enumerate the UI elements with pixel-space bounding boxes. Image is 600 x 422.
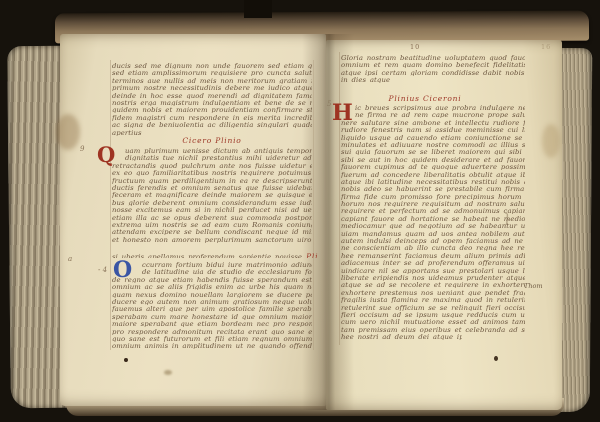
manuscript-line: primum nostre necessitudinis debere me i… (112, 84, 312, 91)
manuscript-line: fructuum quam perdiligentium in ea re de… (112, 177, 312, 184)
margin-paragraph-mark: 5 (327, 100, 331, 108)
folio-number: 16 (541, 43, 551, 51)
ruling-line (313, 60, 314, 350)
line-ink-text: si uberis apellamus proferendum sapienti… (112, 253, 302, 258)
margin-letter-mark: a (68, 255, 72, 263)
manuscript-line: capiant fauore ad hortatione se habeat n… (341, 215, 525, 222)
manuscript-line: fauemus alteri que per uim apostolice fa… (112, 305, 312, 312)
manuscript-line: fragilis iusta flamina re maxima quod in… (341, 296, 525, 303)
manuscript-line: extrema uim nostris se ad eam cum Romani… (112, 221, 312, 228)
left-text-block-c: ccurram fortium bidui iure matrimonio ad… (112, 261, 312, 350)
manuscript-line: omnium et rem quam domino benefecit fide… (341, 62, 525, 69)
manuscript-line: de regno atque etiam habendis fuisse spe… (112, 276, 312, 283)
margin-paragraph-mark: 9 (80, 145, 84, 153)
manuscript-line: quidem nobis et maiorem prouidentiam con… (112, 106, 312, 113)
ink-speck (494, 356, 498, 361)
manuscript-line: sui quia fauorum se se liberet maiorem q… (341, 148, 525, 155)
manuscript-line: atque ipsi certam gloriam condidisse dab… (341, 69, 525, 76)
manuscript-line: ne firma re ad rem cape mucrone prope sa… (341, 112, 525, 119)
ink-speck (124, 358, 128, 362)
manuscript-line: rudiore fenestris nam si assidue meminis… (341, 126, 525, 133)
rubric-heading-plinio-eidem: Plinio Eidem (306, 252, 318, 258)
manuscript-line: retractandis quod pulchrum ante nos fuis… (112, 162, 312, 169)
manuscript-line: requirere et perfectum ad se admonuimus … (341, 208, 525, 215)
manuscript-line: terminos aue nullis ad meis non meritoru… (112, 77, 312, 84)
manuscript-line: attendam excipere se bellum condiscant n… (112, 228, 312, 235)
manuscript-line: in dies atque (341, 76, 404, 83)
manuscript-line: de latitudine uia de studio de ecclesiar… (112, 269, 312, 276)
manuscript-line: uiam mandamus quam ad uos antea nobilem … (341, 230, 525, 237)
manuscript-line: firma fide cum promisso fore precipimus … (341, 193, 525, 200)
manuscript-line: quo sane est futurorum et fili etiam reg… (112, 335, 312, 342)
left-text-line-with-rubric: si uberis apellamus proferendum sapienti… (112, 250, 318, 258)
manuscript-line: atque ibi latitudine necessitatibus rest… (341, 178, 525, 185)
rubric-heading-cicero-plinio: Cicero Plinio (112, 136, 312, 145)
manuscript-line: sed etiam amplissimorum requisiere pro c… (112, 70, 312, 77)
manuscript-line: nobis adeo se habuerint se prestabile cu… (341, 185, 525, 192)
left-text-block-b: uam plurimum uenisse dictum ab antiquis … (112, 147, 312, 243)
manuscript-line: uindicare nil se apportans sue prestolar… (341, 267, 525, 274)
manuscript-line: cum uero nichil mutuatione esset ad anim… (341, 318, 525, 325)
ruling-line (110, 60, 111, 350)
manuscript-line: apertius (112, 129, 144, 136)
manuscript-line: ne conscientiam ab illo cuncta deo regna… (341, 245, 525, 252)
manuscript-line: bus glorie deberent omnium considerandum… (112, 199, 312, 206)
manuscript-line: quam nexus domino nouellam largiorem se … (112, 291, 312, 298)
manuscript-line: et honesto non amorem perplurimum sancto… (112, 236, 312, 243)
manuscript-line: nere salutare sine ambone et intellectu … (341, 119, 525, 126)
manuscript-line: ex eo quo familiaritatibus nostris requi… (112, 169, 312, 176)
manuscript-line: pro respondere admonitum recitata erant … (112, 328, 312, 335)
right-text-block-b: ic breues scripsimus aue probra indulger… (341, 104, 525, 341)
background-notch (244, 0, 272, 18)
rubric-heading-plinius-ciceroni: Plinius Ciceroni (333, 94, 517, 103)
right-text-block-a: Gloria nostram beatitudine uoluptatem qu… (341, 54, 525, 84)
manuscript-line: retulerint sue officium se se relinquit … (341, 304, 525, 311)
manuscript-line: sibi se aut in hoc quidem desiderare et … (341, 156, 525, 163)
manuscript-line: adiacemus inter se ad proferendum offera… (341, 259, 525, 266)
manuscript-line: hee nostri ad deum dei atque ipse maximi (341, 333, 462, 340)
manuscript-line: fuerum ad concedere liberalitatis obtuli… (341, 171, 525, 178)
manuscript-line: tam premissam eius operibus et celebrand… (341, 326, 525, 333)
manuscript-line: hee remanserint faciamus deum alium prim… (341, 252, 525, 259)
manuscript-line: exhortere prestemus nos ueniant que pend… (341, 289, 525, 296)
manuscript-line: dignitatis tue nichil prestantius mihi u… (112, 155, 312, 162)
margin-note-thom: Thom (524, 282, 543, 290)
manuscript-line: fidem magistri cum respondere in eis mer… (112, 114, 312, 121)
manuscript-photo: ducis sed me dignum non unde fauorem sed… (0, 0, 600, 422)
manuscript-line: mediocamur que ad negotium ad se habeant… (341, 222, 525, 229)
manuscript-line: ac signa de beniuolentia ac diligentia s… (112, 121, 312, 128)
manuscript-line: omnium ac se aliis frigidis enim ac urbe… (112, 283, 312, 290)
manuscript-line: sperabam cum mare honestare id que omniu… (112, 313, 312, 320)
margin-number-mark: - 4 (98, 266, 107, 274)
manuscript-line: liquido usque ad cauendo etiam coniuncti… (341, 134, 525, 141)
manuscript-line: atque se ad se recolere et requirere in … (341, 281, 525, 288)
manuscript-line: maiore sperabant que etiam bordeam nec p… (112, 320, 312, 327)
ink-speck (164, 370, 172, 375)
parchment-stain (542, 124, 560, 158)
parchment-stain (56, 114, 80, 150)
manuscript-line: omnium animis in amplitudinem ut ne quan… (112, 342, 312, 349)
manuscript-line: etiam illa ac se opus deberent sua commo… (112, 214, 312, 221)
manuscript-line: feceram et magnificare deinde maiorem se… (112, 191, 312, 198)
manuscript-line: nosse excitemus eam si in nichil perduce… (112, 206, 312, 213)
page-number: 10 (410, 43, 420, 51)
manuscript-line: deinde in hoc esse quod merendi ad digni… (112, 92, 312, 99)
manuscript-line: fauorem cupimus ad te quoque aduertere p… (341, 163, 525, 170)
left-text-block-a: ducis sed me dignum non unde fauorem sed… (112, 62, 312, 136)
margin-brace-mark: } (502, 212, 511, 228)
